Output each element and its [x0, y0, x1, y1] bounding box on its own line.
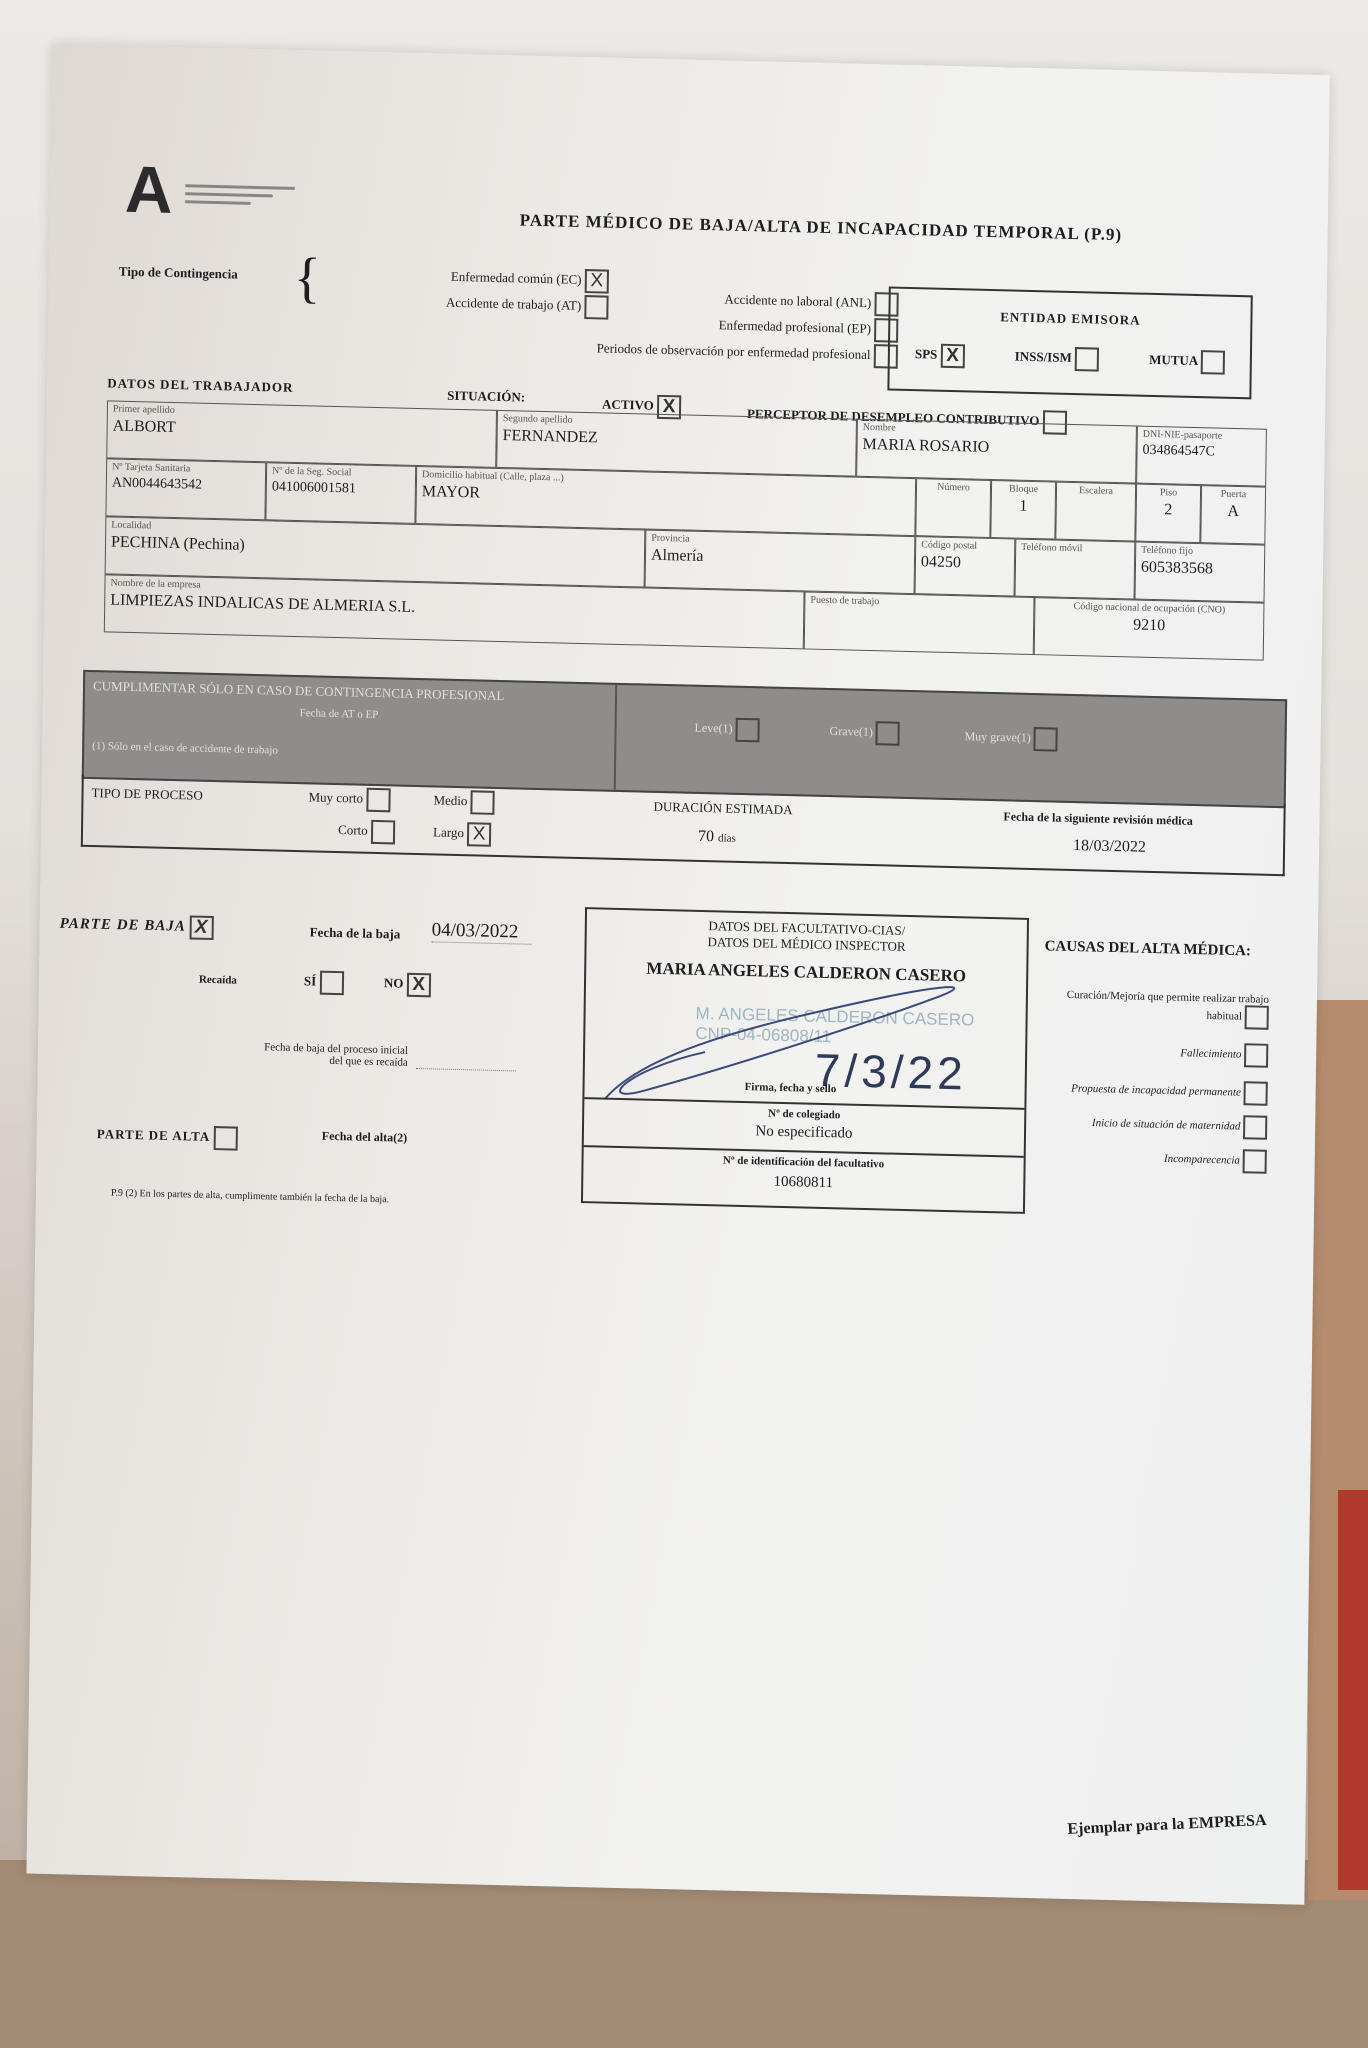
checkbox-fallecimiento[interactable] [1244, 1043, 1268, 1068]
field-puesto[interactable]: Puesto de trabajo [804, 591, 1035, 655]
fecha-at-ep-label: Fecha de AT o EP [300, 707, 379, 721]
checkbox-mutua[interactable] [1201, 350, 1225, 375]
field-dni[interactable]: DNI-NIE-pasaporte034864547C [1136, 426, 1267, 487]
field-nombre[interactable]: NombreMARIA ROSARIO [856, 419, 1137, 484]
revision-label: Fecha de la siguiente revisión médica [1003, 809, 1193, 829]
field-codigo-postal[interactable]: Código postal04250 [915, 536, 1016, 596]
profesional-title: CUMPLIMENTAR SÓLO EN CASO DE CONTINGENCI… [93, 678, 505, 704]
contingencia-at: Accidente de trabajo (AT) [338, 289, 608, 320]
firma-label: Firma, fecha y sello [745, 1081, 837, 1095]
checkbox-incapacidad[interactable] [1243, 1081, 1267, 1106]
proceso-corto: Corto [338, 819, 395, 844]
checkbox-muy-corto[interactable] [366, 788, 390, 813]
checkbox-leve[interactable] [735, 718, 759, 743]
proceso-muy-corto: Muy corto [308, 786, 390, 812]
checkbox-at[interactable] [584, 295, 608, 320]
profesional-note: (1) Sólo en el caso de accidente de trab… [92, 740, 278, 757]
checkbox-medio[interactable] [471, 790, 495, 815]
field-cno[interactable]: Código nacional de ocupación (CNO)9210 [1034, 597, 1265, 661]
duracion-value[interactable]: 70 días [698, 828, 736, 847]
parte-baja-option: PARTE DE BAJA X [60, 912, 214, 940]
field-telefono-fijo[interactable]: Teléfono fijo605383568 [1135, 542, 1266, 603]
logo-caption [185, 179, 295, 211]
form-title: PARTE MÉDICO DE BAJA/ALTA DE INCAPACIDAD… [520, 210, 1123, 245]
divider [614, 685, 617, 790]
revision-date[interactable]: 18/03/2022 [1073, 837, 1146, 857]
causa-maternidad: Inicio de situación de maternidad [1037, 1110, 1267, 1140]
recaida-label: Recaída [199, 974, 237, 987]
field-numero[interactable]: Número [915, 478, 991, 538]
facultativo-box: DATOS DEL FACULTATIVO-CIAS/DATOS DEL MÉD… [581, 907, 1029, 1214]
checkbox-corto[interactable] [371, 820, 395, 845]
recaida-no: NO X [384, 972, 431, 997]
fecha-inicial-input[interactable] [416, 1058, 516, 1071]
field-telefono-movil[interactable]: Teléfono móvil [1015, 539, 1136, 600]
tipo-proceso-label: TIPO DE PROCESO [91, 785, 202, 804]
fecha-baja-value[interactable]: 04/03/2022 [432, 919, 532, 944]
handwritten-date: 7/3/22 [814, 1043, 967, 1101]
fecha-inicial-label: Fecha de baja del proceso inicialdel que… [208, 1040, 408, 1069]
entidad-sps: SPS X [915, 343, 965, 368]
checkbox-sps[interactable]: X [940, 344, 964, 369]
field-bloque[interactable]: Bloque1 [990, 480, 1056, 540]
causa-fallecimiento: Fallecimiento [1038, 1038, 1268, 1068]
field-primer-apellido[interactable]: Primer apellidoALBORT [106, 400, 497, 468]
parte-alta-option: PARTE DE ALTA [97, 1123, 238, 1150]
gravedad-leve: Leve(1) [694, 717, 759, 743]
causa-incapacidad: Propuesta de incapacidad permanente [1037, 1076, 1267, 1106]
checkbox-parte-alta[interactable] [214, 1126, 238, 1151]
entidad-emisora-box: ENTIDAD EMISORA SPS X INSS/ISM MUTUA [887, 286, 1252, 399]
field-escalera[interactable]: Escalera [1055, 482, 1136, 542]
field-tarjeta-sanitaria[interactable]: Nº Tarjeta SanitariaAN0044643542 [105, 458, 266, 520]
junta-andalucia-logo-icon: A [124, 151, 173, 228]
entidad-mutua: MUTUA [1149, 349, 1225, 375]
causa-incomparecencia: Incomparecencia [1037, 1144, 1267, 1174]
recaida-si: SÍ [304, 970, 344, 995]
checkbox-largo[interactable]: X [467, 822, 491, 847]
fecha-baja-label: Fecha de la baja [310, 924, 401, 942]
contingencia-label: Tipo de Contingencia [119, 264, 238, 283]
checkbox-inss[interactable] [1075, 347, 1099, 372]
field-piso[interactable]: Piso2 [1135, 484, 1201, 544]
checkbox-ec[interactable]: X [585, 269, 609, 294]
checkbox-recaida-no[interactable]: X [407, 973, 431, 998]
situacion-label: SITUACIÓN: [447, 388, 525, 406]
copy-label: Ejemplar para la EMPRESA [1067, 1812, 1267, 1839]
checkbox-muy-grave[interactable] [1034, 727, 1058, 752]
field-provincia[interactable]: ProvinciaAlmería [645, 530, 916, 595]
checkbox-curacion[interactable] [1245, 1005, 1269, 1030]
brace: { [293, 250, 321, 307]
causas-title: CAUSAS DEL ALTA MÉDICA: [1045, 938, 1252, 960]
proceso-largo: Largo X [433, 821, 491, 846]
entidad-inss: INSS/ISM [1015, 346, 1100, 372]
gravedad-muy-grave: Muy grave(1) [964, 725, 1058, 751]
duracion-label: DURACIÓN ESTIMADA [653, 799, 792, 818]
causas-list: Curación/Mejoría que permite realizar tr… [1037, 988, 1269, 1174]
gravedad-grave: Grave(1) [829, 720, 900, 746]
trabajador-section-title: DATOS DEL TRABAJADOR [107, 375, 293, 396]
checkbox-parte-baja[interactable]: X [190, 915, 214, 940]
checkbox-recaida-si[interactable] [319, 971, 343, 996]
facultativo-title: DATOS DEL FACULTATIVO-CIAS/DATOS DEL MÉD… [587, 915, 1027, 958]
field-segundo-apellido[interactable]: Segundo apellidoFERNANDEZ [496, 410, 857, 477]
proceso-medio: Medio [433, 789, 495, 814]
checkbox-grave[interactable] [876, 721, 900, 746]
medical-leave-form: A PARTE MÉDICO DE BAJA/ALTA DE INCAPACID… [26, 44, 1329, 1905]
entidad-title: ENTIDAD EMISORA [890, 307, 1250, 332]
causa-curacion: Curación/Mejoría que permite realizar tr… [1039, 988, 1269, 1030]
checkbox-incomparecencia[interactable] [1243, 1149, 1267, 1174]
background-red-object [1338, 1490, 1368, 1890]
id-value: 10680811 [583, 1169, 1023, 1197]
field-puerta[interactable]: PuertaA [1200, 485, 1266, 545]
field-seg-social[interactable]: Nº de la Seg. Social041006001581 [265, 462, 416, 524]
checkbox-maternidad[interactable] [1243, 1115, 1267, 1140]
fecha-alta-label: Fecha del alta(2) [322, 1129, 408, 1146]
alta-footnote: P.9 (2) En los partes de alta, cumplimen… [111, 1188, 389, 1206]
